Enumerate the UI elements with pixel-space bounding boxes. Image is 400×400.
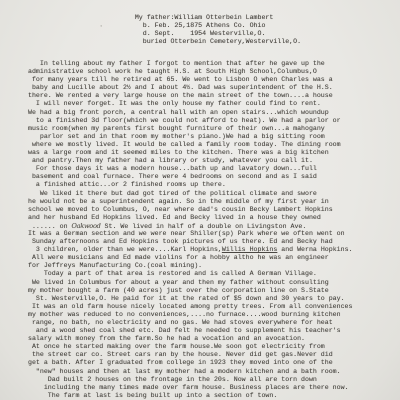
text-line: and her husband Ed Hopkins lived. Ed and… bbox=[28, 214, 352, 222]
title-line: b. Feb. 25,1875 Athens Co. Ohio bbox=[28, 22, 301, 30]
underlined-text: Willis Hopkins bbox=[222, 246, 277, 253]
text-line: In telling about my father I forgot to m… bbox=[28, 60, 352, 68]
text-line: get a bath. After I graduated from colle… bbox=[28, 359, 352, 367]
text-line: music room(when my parents first bought … bbox=[28, 125, 352, 133]
text-line: Dad built 2 houses on the frontage in th… bbox=[28, 376, 352, 384]
text-line: The farm at last is being built up into … bbox=[28, 392, 352, 400]
text-line: range, no bath, no electricity and no ga… bbox=[28, 319, 352, 327]
body-text-block: In telling about my father I forgot to m… bbox=[28, 60, 352, 400]
text-line: my mother bought a farm (40 acres) just … bbox=[28, 287, 352, 295]
text-line: my mother was reduced to no conveniences… bbox=[28, 311, 352, 319]
text-line: I will never forget. It was the only hou… bbox=[28, 100, 352, 108]
text-line: We had a big front porch, a central hall… bbox=[28, 109, 352, 117]
title-line: My father:William Otterbein Lambert bbox=[28, 14, 301, 22]
title-block: My father:William Otterbein Lambert b. F… bbox=[28, 14, 301, 46]
text-line: St. Westerville,O. He paid for it at the… bbox=[28, 295, 352, 303]
text-line: to a finished 3d floor(which we could no… bbox=[28, 117, 352, 125]
text-line: a finished attic...or 2 finished rooms u… bbox=[28, 181, 352, 189]
text-line: We lived in Columbus for about a year an… bbox=[28, 279, 352, 287]
title-line: buried Otterbein Cemetery,Westerville,O. bbox=[28, 38, 301, 46]
text-line: and a wood shed coal shed etc. Dad felt … bbox=[28, 327, 352, 335]
text-line: ...... on Oakwood St. We lived in half o… bbox=[28, 222, 352, 230]
text-line: We liked it there but dad got tired of t… bbox=[28, 190, 352, 198]
text-line: Today a part of that area is restored an… bbox=[28, 270, 352, 278]
document-page: ' My father:William Otterbein Lambert b.… bbox=[0, 0, 400, 400]
text-line: Sunday afternoons and Ed Hopkins took pi… bbox=[28, 238, 352, 246]
text-line: It was an old farm house nicely located … bbox=[28, 303, 352, 311]
text-line: school we moved to Columbus, O, near whe… bbox=[28, 206, 352, 214]
text-line: "new" houses and then at last my mother … bbox=[28, 368, 352, 376]
handwritten-text: Oakwood bbox=[72, 222, 101, 230]
text-line: parlor set and in that room my mother's … bbox=[28, 133, 352, 141]
text-line: It was a German section and we were near… bbox=[28, 230, 352, 238]
text-line: he would not be a superintendent again. … bbox=[28, 198, 352, 206]
text-line: administrative school work he taught H.S… bbox=[28, 68, 352, 76]
text-line: was a large room and it seemed miles to … bbox=[28, 149, 352, 157]
text-line: and pantry.Then my father had a library … bbox=[28, 157, 352, 165]
text-line: including the many times made over farm … bbox=[28, 384, 352, 392]
text-line: where we mostly lived. It would be calle… bbox=[28, 141, 352, 149]
